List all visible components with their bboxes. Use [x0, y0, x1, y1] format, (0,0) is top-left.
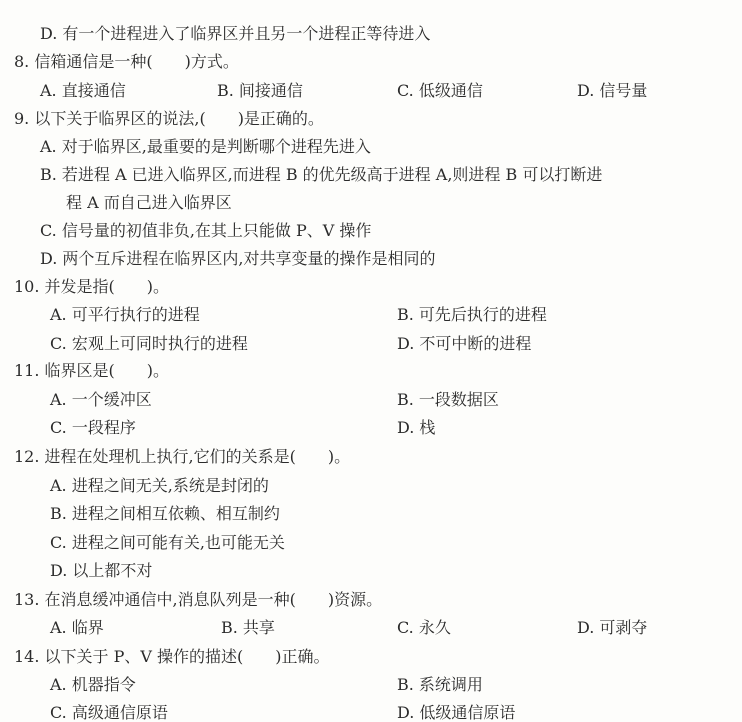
- q14-option-c: C. 高级通信原语: [50, 703, 168, 722]
- q9-option-b: B. 若进程 A 已进入临界区,而进程 B 的优先级高于进程 A,则进程 B 可…: [40, 165, 602, 185]
- question-stem: 信箱通信是一种( )方式。: [34, 52, 239, 71]
- q11-option-c: C. 一段程序: [50, 418, 136, 438]
- q14-option-b: B. 系统调用: [397, 675, 483, 695]
- q11-option-b: B. 一段数据区: [397, 390, 499, 410]
- q13-option-a: A. 临界: [50, 618, 104, 638]
- q14-option-a: A. 机器指令: [50, 675, 136, 695]
- question-stem: 以下关于临界区的说法,( )是正确的。: [34, 109, 324, 128]
- q9-option-c: C. 信号量的初值非负,在其上只能做 P、V 操作: [40, 221, 371, 241]
- document-page: D. 有一个进程进入了临界区并且另一个进程正等待进入 8. 信箱通信是一种( )…: [0, 0, 742, 722]
- question-8: 8. 信箱通信是一种( )方式。: [14, 52, 239, 72]
- q10-option-c: C. 宏观上可同时执行的进程: [50, 334, 248, 354]
- question-number: 12.: [14, 447, 39, 467]
- q10-option-d: D. 不可中断的进程: [397, 334, 531, 354]
- q12-option-a: A. 进程之间无关,系统是封闭的: [50, 476, 269, 496]
- q13-option-b: B. 共享: [221, 618, 275, 638]
- q13-option-d: D. 可剥夺: [577, 618, 647, 638]
- q10-option-b: B. 可先后执行的进程: [397, 305, 547, 325]
- q12-option-b: B. 进程之间相互依赖、相互制约: [50, 504, 280, 524]
- q8-option-c: C. 低级通信: [397, 81, 483, 101]
- q7-option-d: D. 有一个进程进入了临界区并且另一个进程正等待进入: [40, 24, 430, 44]
- q8-option-a: A. 直接通信: [40, 81, 126, 101]
- question-stem: 临界区是( )。: [45, 361, 170, 380]
- question-stem: 在消息缓冲通信中,消息队列是一种( )资源。: [45, 590, 383, 609]
- question-14: 14. 以下关于 P、V 操作的描述( )正确。: [14, 647, 330, 667]
- q9-option-b-continued: 程 A 而自己进入临界区: [66, 193, 232, 213]
- question-13: 13. 在消息缓冲通信中,消息队列是一种( )资源。: [14, 590, 382, 610]
- q9-option-a: A. 对于临界区,最重要的是判断哪个进程先进入: [40, 137, 371, 157]
- question-number: 13.: [14, 590, 39, 610]
- question-stem: 以下关于 P、V 操作的描述( )正确。: [45, 647, 330, 666]
- question-10: 10. 并发是指( )。: [14, 277, 169, 297]
- q11-option-a: A. 一个缓冲区: [50, 390, 152, 410]
- question-12: 12. 进程在处理机上执行,它们的关系是( )。: [14, 447, 350, 467]
- question-11: 11. 临界区是( )。: [14, 361, 169, 381]
- q14-option-d: D. 低级通信原语: [397, 703, 515, 722]
- q8-option-d: D. 信号量: [577, 81, 647, 101]
- question-number: 8.: [14, 52, 29, 72]
- q8-option-b: B. 间接通信: [217, 81, 303, 101]
- question-number: 10.: [14, 277, 39, 297]
- q10-option-a: A. 可平行执行的进程: [50, 305, 200, 325]
- q9-option-d: D. 两个互斥进程在临界区内,对共享变量的操作是相同的: [40, 249, 436, 269]
- question-number: 14.: [14, 647, 39, 667]
- question-number: 11.: [14, 361, 39, 381]
- q12-option-c: C. 进程之间可能有关,也可能无关: [50, 533, 285, 553]
- question-stem: 进程在处理机上执行,它们的关系是( )。: [45, 447, 351, 466]
- q13-option-c: C. 永久: [397, 618, 451, 638]
- question-stem: 并发是指( )。: [45, 277, 170, 296]
- question-9: 9. 以下关于临界区的说法,( )是正确的。: [14, 109, 324, 129]
- q11-option-d: D. 栈: [397, 418, 435, 438]
- question-number: 9.: [14, 109, 29, 129]
- q12-option-d: D. 以上都不对: [50, 561, 152, 581]
